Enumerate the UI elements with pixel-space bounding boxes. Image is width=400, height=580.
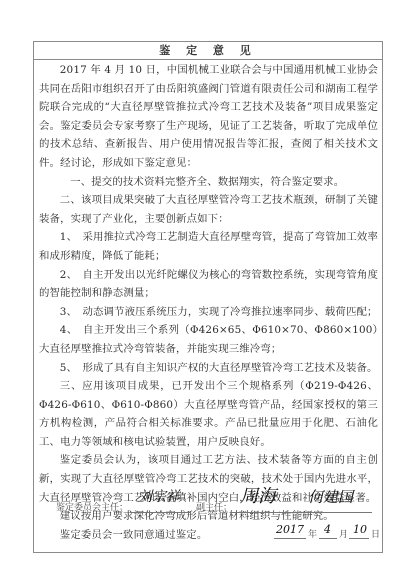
innovation-item-5: 5、 形成了具有自主知识产权的大直径厚壁管冷弯工艺技术及装备。 bbox=[39, 359, 378, 378]
date-year: 2017 bbox=[276, 523, 304, 536]
vice-chair-label: 副主任： bbox=[196, 500, 232, 513]
date-year-line bbox=[274, 538, 306, 539]
vice-signature-line bbox=[230, 512, 372, 513]
date-day: 10 bbox=[353, 523, 367, 536]
date-day-unit: 日 bbox=[371, 527, 380, 540]
innovation-item-2: 2、 自主开发出以光纤陀螺仪为核心的弯管数控系统，实现弯管角度的智能控制和静态测… bbox=[39, 266, 378, 303]
innovation-item-3: 3、 动态调节液压系统压力，实现了冷弯推拉速率同步、载荷匹配； bbox=[39, 303, 378, 322]
date-year-unit: 年 bbox=[308, 527, 317, 540]
vice-chair-signature-1: 周海 bbox=[240, 482, 276, 508]
signature-block: 鉴定委员会主任： 刘宗祥 副主任： 周海 何建国 2017 年 4 月 10 日 bbox=[34, 446, 382, 546]
appraisal-opinion-form: 鉴 定 意 见 2017 年 4 月 10 日，中国机械工业联合会与中国通用机械… bbox=[33, 41, 383, 553]
chair-signature: 刘宗祥 bbox=[138, 486, 180, 506]
innovation-item-1: 1、 采用推拉式冷弯工艺制造大直径厚壁弯管，提高了弯管加工效率和成形精度，降低了… bbox=[39, 228, 378, 265]
date-month-unit: 月 bbox=[339, 527, 348, 540]
form-title: 鉴 定 意 见 bbox=[34, 42, 382, 60]
chair-label: 鉴定委员会主任： bbox=[56, 500, 128, 513]
innovation-item-4: 4、 自主开发出三个系列（Φ426×65、Φ610×70、Φ860×100）大直… bbox=[39, 321, 378, 358]
date-month-line bbox=[319, 538, 337, 539]
date-day-line bbox=[349, 538, 369, 539]
chair-signature-line bbox=[130, 512, 190, 513]
paragraph-point-1: 一、提交的技术资料完整齐全、数据翔实，符合鉴定要求。 bbox=[39, 173, 378, 192]
paragraph-point-2: 二、该项目成果突破了大直径厚壁管冷弯工艺技术瓶颈，研制了关键装备，实现了产业化，… bbox=[39, 191, 378, 228]
paragraph-point-3: 三、应用该项目成果，已开发出个三个规格系列（Φ219-Φ426、Φ426-Φ61… bbox=[39, 377, 378, 451]
vice-chair-signature-2: 何建国 bbox=[308, 486, 353, 507]
paragraph-intro: 2017 年 4 月 10 日，中国机械工业联合会与中国通用机械工业协会共同在岳… bbox=[39, 61, 378, 173]
date-month: 4 bbox=[324, 523, 331, 536]
